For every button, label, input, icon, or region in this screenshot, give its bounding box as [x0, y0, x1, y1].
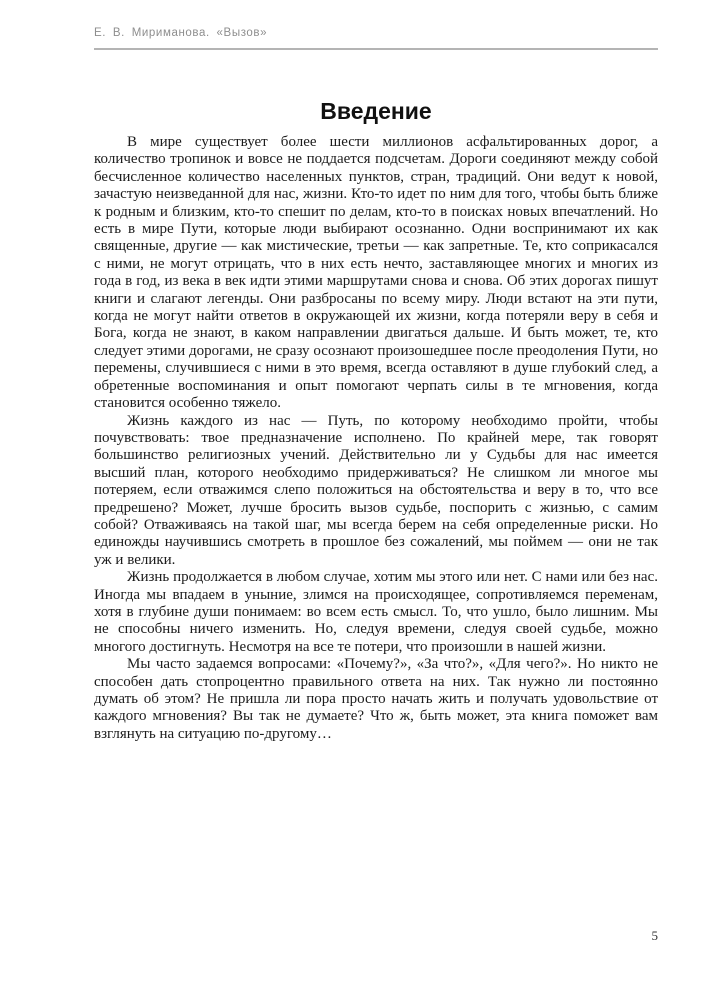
page-number: 5	[94, 928, 658, 944]
book-page: Е. В. Мириманова. «Вызов» Введение В мир…	[0, 0, 707, 1000]
chapter-title: Введение	[94, 98, 658, 125]
paragraph: Мы часто задаемся вопросами: «Почему?», …	[94, 656, 658, 743]
paragraph: Жизнь каждого из нас — Путь, по которому…	[94, 413, 658, 570]
chapter-body: В мире существует более шести миллионов …	[94, 134, 658, 743]
running-header-text: Е. В. Мириманова. «Вызов»	[94, 27, 267, 39]
running-header: Е. В. Мириманова. «Вызов»	[94, 27, 658, 50]
paragraph: В мире существует более шести миллионов …	[94, 134, 658, 413]
paragraph: Жизнь продолжается в любом случае, хотим…	[94, 569, 658, 656]
